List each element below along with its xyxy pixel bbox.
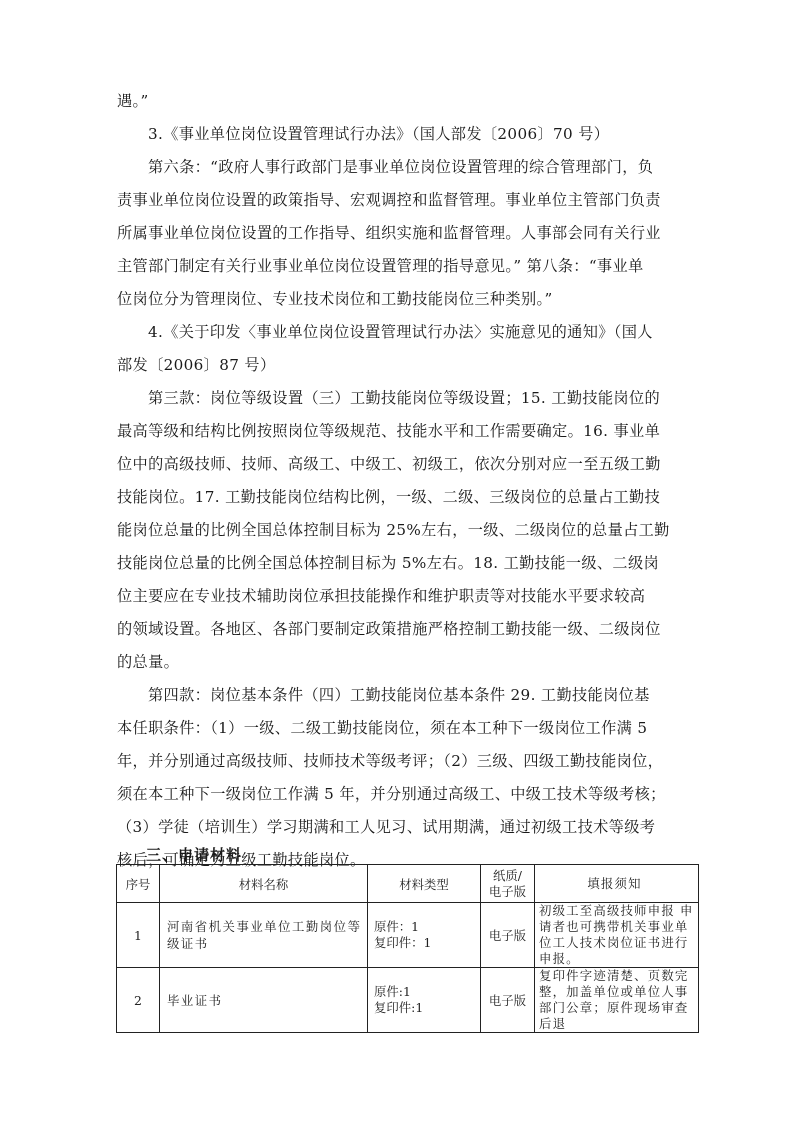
type-original: 原件:1: [374, 984, 480, 1000]
row-notes: 初级工至高级技师申报 申请者也可携带机关事业单位工人技术岗位证书进行申报。: [535, 903, 699, 968]
text-line: （3）学徒（培训生）学习期满和工人见习、试用期满，通过初级工技术等级考: [117, 817, 655, 837]
row-material-type: 原件：1 复印件：1: [368, 903, 481, 968]
text-line: 位主要应在专业技术辅助岗位承担技能操作和维护职责等对技能水平要求较高: [117, 586, 645, 606]
text-line: 第三款：岗位等级设置（三）工勤技能岗位等级设置；15. 工勤技能岗位的: [148, 388, 660, 408]
header-notes: 填报须知: [535, 865, 699, 903]
header-format-line2: 电子版: [481, 884, 534, 900]
header-name: 材料名称: [160, 865, 368, 903]
document-page: 遇。”3.《事业单位岗位设置管理试行办法》（国人部发〔2006〕70 号）第六条…: [0, 0, 793, 1122]
row-format: 电子版: [481, 968, 535, 1033]
text-line: 第四款：岗位基本条件（四）工勤技能岗位基本条件 29. 工勤技能岗位基: [148, 685, 650, 705]
text-line: 第六条：“政府人事行政部门是事业单位岗位设置管理的综合管理部门，负: [148, 157, 653, 177]
text-line: 本任职条件：（1）一级、二级工勤技能岗位，须在本工种下一级岗位工作满 5: [117, 718, 647, 738]
text-line: 的总量。: [117, 652, 179, 672]
header-type: 材料类型: [368, 865, 481, 903]
text-line: 的领域设置。各地区、各部门要制定政策措施严格控制工勤技能一级、二级岗位: [117, 619, 661, 639]
text-line: 所属事业单位岗位设置的工作指导、组织实施和监督管理。人事部会同有关行业: [117, 223, 661, 243]
text-line: 3.《事业单位岗位设置管理试行办法》（国人部发〔2006〕70 号）: [148, 124, 609, 144]
row-format: 电子版: [481, 903, 535, 968]
text-line: 年，并分别通过高级技师、技师技术等级考评；（2）三级、四级工勤技能岗位，: [117, 751, 663, 771]
row-index: 1: [117, 903, 160, 968]
text-line: 遇。”: [117, 91, 149, 111]
header-format-line1: 纸质/: [481, 868, 534, 884]
text-line: 位中的高级技师、技师、高级工、中级工、初级工，依次分别对应一至五级工勤: [117, 454, 661, 474]
table-header-row: 序号 材料名称 材料类型 纸质/ 电子版 填报须知: [117, 865, 699, 903]
type-copy: 复印件：1: [374, 935, 480, 951]
table-row: 1 河南省机关事业单位工勤岗位等级证书 原件：1 复印件：1 电子版 初级工至高…: [117, 903, 699, 968]
text-line: 4.《关于印发〈事业单位岗位设置管理试行办法〉实施意见的通知》（国人: [148, 322, 653, 342]
text-line: 须在本工种下一级岗位工作满 5 年，并分别通过高级工、中级工技术等级考核；: [117, 784, 666, 804]
text-line: 最高等级和结构比例按照岗位等级规范、技能水平和工作需要确定。16. 事业单: [117, 421, 660, 441]
text-line: 部发〔2006〕87 号）: [117, 355, 275, 375]
row-material-name: 毕业证书: [160, 968, 368, 1033]
text-line: 位岗位分为管理岗位、专业技术岗位和工勤技能岗位三种类别。”: [117, 289, 553, 309]
text-line: 主管部门制定有关行业事业单位岗位设置管理的指导意见。” 第八条：“事业单: [117, 256, 644, 276]
row-index: 2: [117, 968, 160, 1033]
type-original: 原件：1: [374, 919, 480, 935]
text-line: 技能岗位。17. 工勤技能岗位结构比例，一级、二级、三级岗位的总量占工勤技: [117, 487, 660, 507]
text-line: 责事业单位岗位设置的政策指导、宏观调控和监督管理。事业单位主管部门负责: [117, 190, 661, 210]
row-notes: 复印件字迹清楚、页数完整，加盖单位或单位人事部门公章；原件现场审查后退: [535, 968, 699, 1033]
text-line: 技能岗位总量的比例全国总体控制目标为 5%左右。18. 工勤技能一级、二级岗: [117, 553, 659, 573]
text-line: 能岗位总量的比例全国总体控制目标为 25%左右，一级、二级岗位的总量占工勤: [117, 520, 670, 540]
table-row: 2 毕业证书 原件:1 复印件:1 电子版 复印件字迹清楚、页数完整，加盖单位或…: [117, 968, 699, 1033]
header-index: 序号: [117, 865, 160, 903]
row-material-type: 原件:1 复印件:1: [368, 968, 481, 1033]
section-heading-application-materials: 三、申请材料: [146, 845, 242, 865]
type-copy: 复印件:1: [374, 1000, 480, 1016]
row-material-name: 河南省机关事业单位工勤岗位等级证书: [160, 903, 368, 968]
materials-table: 序号 材料名称 材料类型 纸质/ 电子版 填报须知 1 河南省机关事业单位工勤岗…: [116, 864, 699, 1033]
header-format: 纸质/ 电子版: [481, 865, 535, 903]
